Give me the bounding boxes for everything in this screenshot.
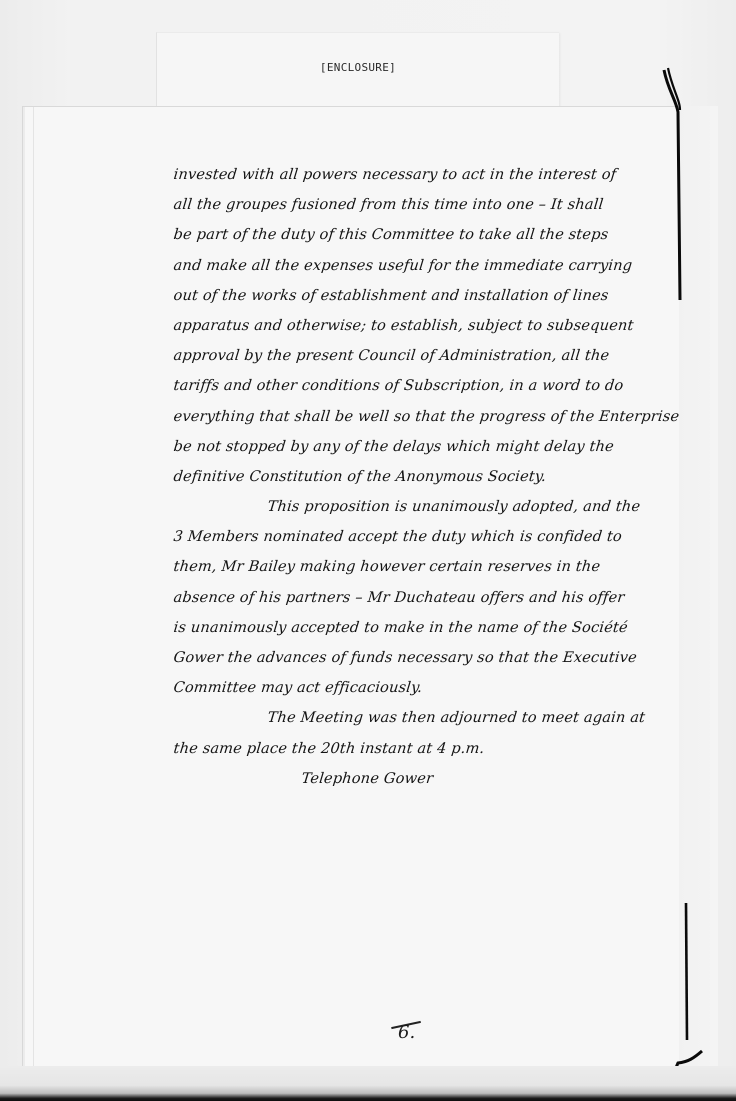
text-line: everything that shall be well so that th… (172, 402, 695, 432)
paragraph-start-line: This proposition is unanimously adopted,… (172, 492, 695, 522)
text-line: be not stopped by any of the delays whic… (172, 432, 695, 462)
text-line: all the groupes fusioned from this time … (172, 190, 695, 220)
text-line: them, Mr Bailey making however certain r… (172, 552, 695, 582)
text-line: invested with all powers necessary to ac… (172, 160, 695, 190)
text-line: apparatus and otherwise; to establish, s… (172, 311, 695, 341)
handwritten-text: invested with all powers necessary to ac… (172, 160, 692, 794)
text-line: approval by the present Council of Admin… (172, 341, 695, 371)
text-line: Committee may act efficaciously. (172, 673, 695, 703)
scanner-bottom-edge (0, 1066, 736, 1101)
signature: Telephone Gower (172, 764, 695, 794)
sheet-inner-edge (33, 107, 34, 1067)
text-line: the same place the 20th instant at 4 p.m… (172, 734, 695, 764)
page-number: 6. (398, 1022, 415, 1043)
text-line: tariffs and other conditions of Subscrip… (172, 371, 695, 401)
text-line: be part of the duty of this Committee to… (172, 220, 695, 250)
text-line: absence of his partners – Mr Duchateau o… (172, 583, 695, 613)
text-line: out of the works of establishment and in… (172, 281, 695, 311)
text-line: definitive Constitution of the Anonymous… (172, 462, 695, 492)
text-line: Gower the advances of funds necessary so… (172, 643, 695, 673)
enclosure-label: [ENCLOSURE] (157, 61, 559, 74)
text-line: and make all the expenses useful for the… (172, 251, 695, 281)
text-line: 3 Members nominated accept the duty whic… (172, 522, 695, 552)
paragraph-start-line: The Meeting was then adjourned to meet a… (172, 703, 695, 733)
text-line: is unanimously accepted to make in the n… (172, 613, 695, 643)
